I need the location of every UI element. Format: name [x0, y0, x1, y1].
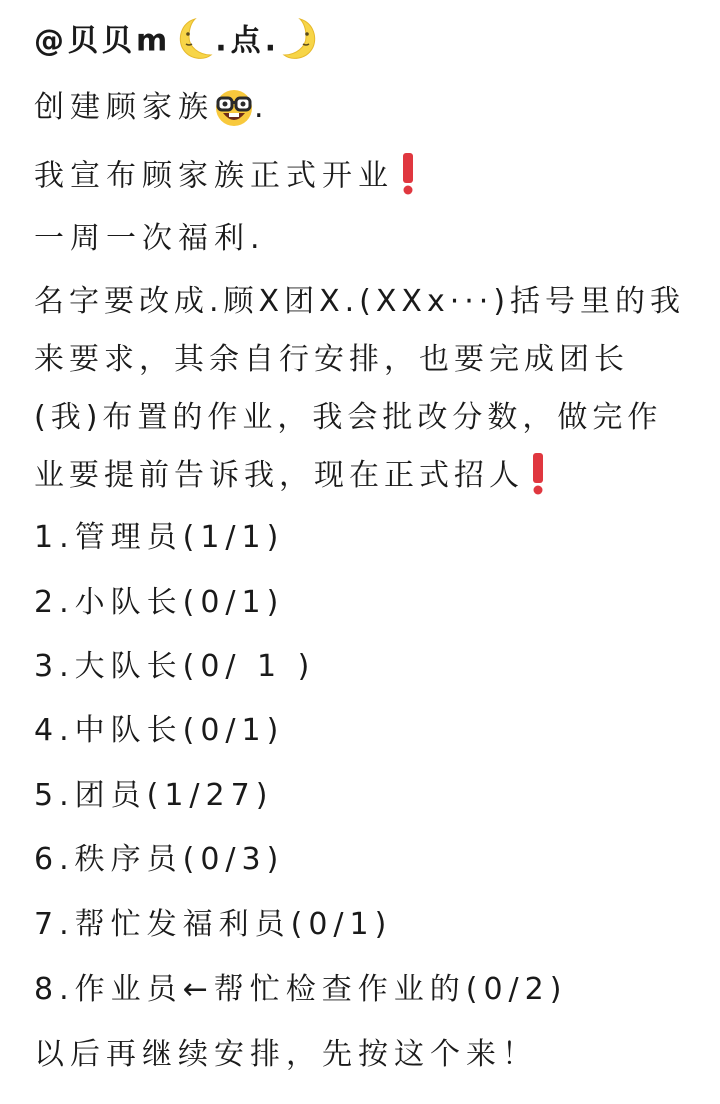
- intro-line-2: 我宣布顾家族正式开业: [34, 155, 416, 199]
- position-item: 2.小队长(0/1): [34, 583, 284, 623]
- position-item: 8.作业员←帮忙检查作业的(0/2): [34, 970, 567, 1010]
- intro-text-2: 我宣布顾家族正式开业: [34, 159, 394, 194]
- intro-text-3: 一周一次福利.: [34, 221, 266, 256]
- header-line: @贝贝m .点.: [34, 20, 324, 64]
- nerd-face-icon: [214, 87, 254, 127]
- position-item: 4.中队长(0/1): [34, 711, 284, 751]
- post-page: @贝贝m .点. 创建顾家族: [0, 0, 720, 1104]
- rules-row-text: 业要提前告诉我，现在正式招人: [34, 458, 524, 493]
- intro-text-1: 创建顾家族: [34, 90, 214, 125]
- rules-row: (我)布置的作业，我会批改分数，做完作: [34, 389, 694, 447]
- position-item: 6.秩序员(0/3): [34, 840, 284, 880]
- position-item: 1.管理员(1/1): [34, 518, 284, 558]
- rules-row: 业要提前告诉我，现在正式招人: [34, 447, 694, 505]
- intro-line-3: 一周一次福利.: [34, 219, 266, 259]
- crescent-moon-face-icon: [173, 17, 213, 61]
- red-exclamation-icon: [530, 451, 546, 495]
- position-item: 7.帮忙发福利员(0/1): [34, 905, 392, 945]
- rules-row: 名字要改成.顾X团X.(XXx···)括号里的我: [34, 273, 694, 331]
- intro-line-1: 创建顾家族 .: [34, 88, 270, 129]
- header-middle: .点.: [215, 24, 280, 59]
- rules-paragraph: 名字要改成.顾X团X.(XXx···)括号里的我 来要求，其余自行安排，也要完成…: [34, 273, 694, 505]
- header-prefix: @贝贝m: [34, 24, 171, 59]
- crescent-moon-face-icon: [282, 17, 322, 61]
- red-exclamation-icon: [400, 151, 416, 195]
- footer-text: 以后再继续安排，先按这个来！: [34, 1035, 538, 1075]
- position-item: 3.大队长(0/ 1 ): [34, 647, 315, 687]
- intro-suffix: .: [254, 90, 270, 125]
- position-item: 5.团员(1/27): [34, 776, 273, 816]
- rules-row: 来要求，其余自行安排，也要完成团长: [34, 331, 694, 389]
